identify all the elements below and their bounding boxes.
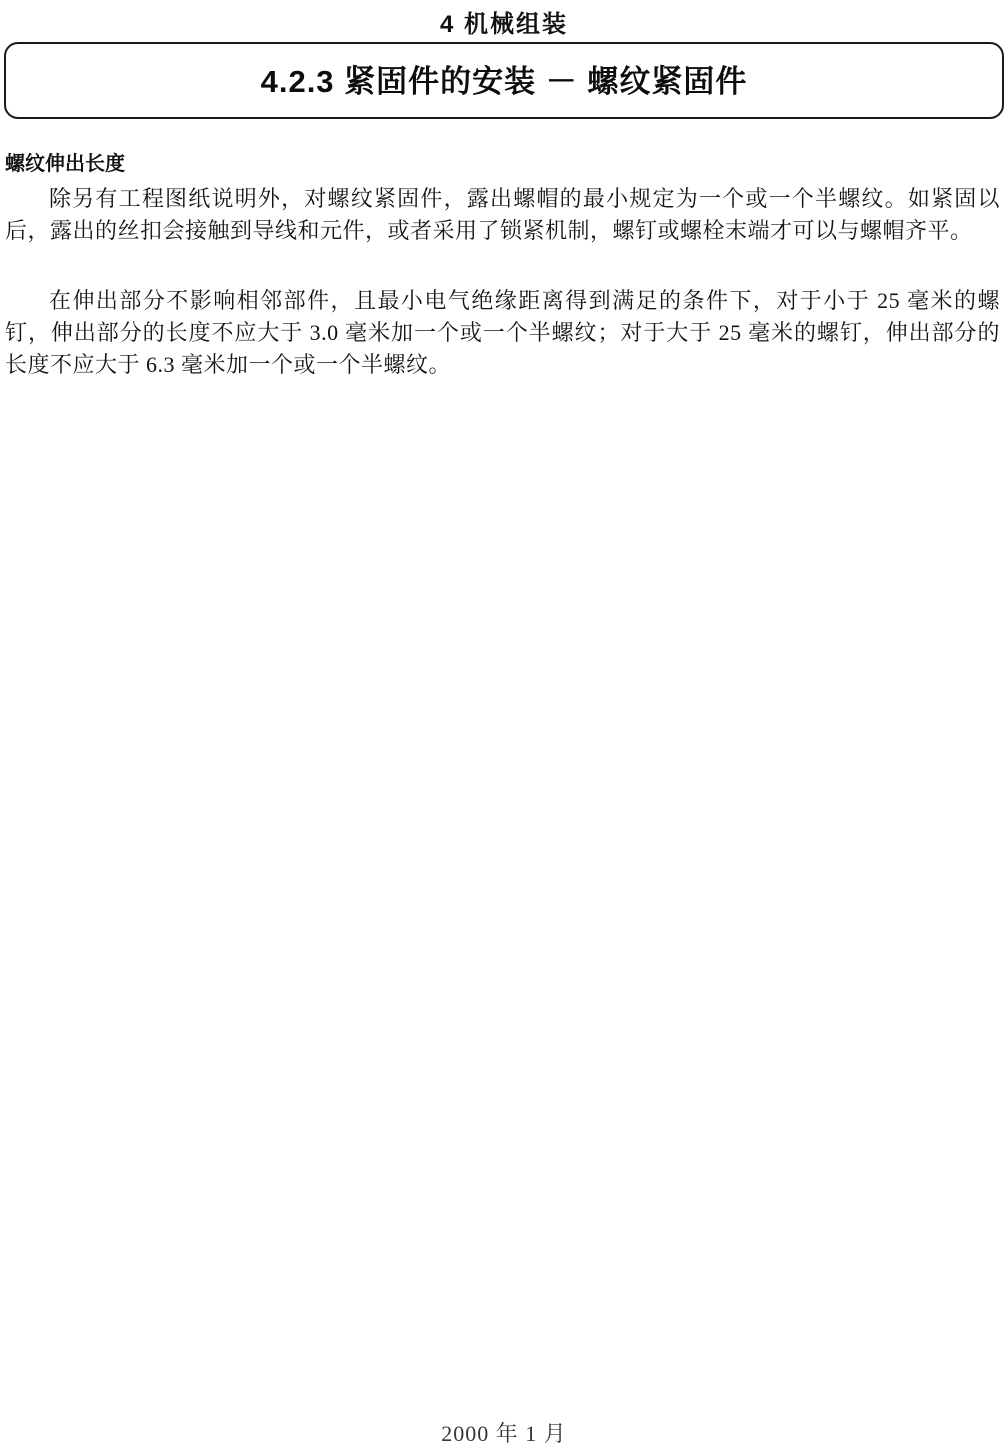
title-box: 4.2.3 紧固件的安装 － 螺纹紧固件	[4, 42, 1004, 119]
document-page: 4 机械组装 4.2.3 紧固件的安装 － 螺纹紧固件 螺纹伸出长度 除另有工程…	[0, 0, 1008, 1454]
body-paragraph: 除另有工程图纸说明外，对螺纹紧固件，露出螺帽的最小规定为一个或一个半螺纹。如紧固…	[5, 183, 1000, 247]
chapter-header: 4 机械组装	[0, 0, 1008, 39]
content-area: 螺纹伸出长度 除另有工程图纸说明外，对螺纹紧固件，露出螺帽的最小规定为一个或一个…	[5, 147, 1000, 381]
page-footer-date: 2000 年 1 月	[0, 1417, 1008, 1448]
subsection-heading: 螺纹伸出长度	[5, 147, 1000, 176]
section-title: 4.2.3 紧固件的安装 － 螺纹紧固件	[261, 56, 748, 101]
body-paragraph: 在伸出部分不影响相邻部件，且最小电气绝缘距离得到满足的条件下，对于小于 25 毫…	[5, 285, 1000, 381]
